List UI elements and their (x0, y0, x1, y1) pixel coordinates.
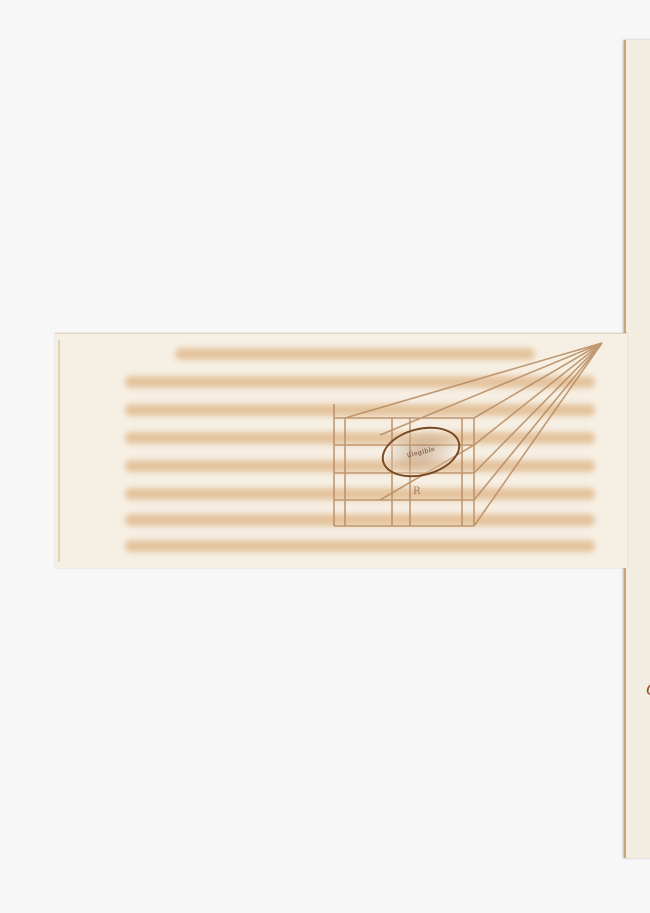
drawing-label: R (413, 486, 421, 497)
perspective-drawing (0, 0, 650, 913)
